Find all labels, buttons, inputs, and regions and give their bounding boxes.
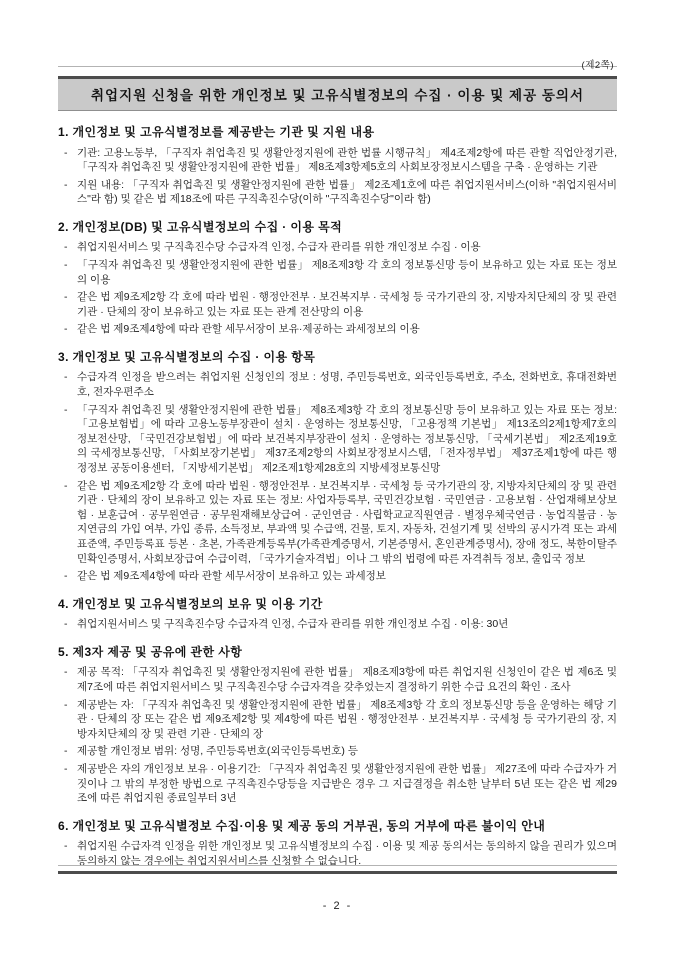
bullet-text: 기관: 고용노동부, 「구직자 취업촉진 및 생활안정지원에 관한 법률 시행규… [77,147,617,174]
bullet-item: -같은 법 제9조제2항 각 호에 따라 법원 · 행정안전부 · 보건복지부 … [58,479,617,567]
bullet-item: -같은 법 제9조제2항 각 호에 따라 법원 · 행정안전부 · 보건복지부 … [58,290,617,319]
bullet-item: -취업지원 수급자격 인정을 위한 개인정보 및 고유식별정보의 수집 · 이용… [58,839,617,865]
bullet-dash: - [64,146,68,161]
page-footer: - 2 - [58,900,617,912]
bullet-text: 지원 내용: 「구직자 취업촉진 및 생활안정지원에 관한 법률」 제2조제1호… [77,179,617,206]
bullet-dash: - [64,240,68,255]
bullet-dash: - [64,569,68,584]
section-1-heading: 1. 개인정보 및 고유식별정보를 제공받는 기관 및 지원 내용 [58,125,617,141]
section-2-purpose: 2. 개인정보(DB) 및 고유식별정보의 수집 · 이용 목적 -취업지원서비… [58,220,617,337]
page-number-marker: (제2쪽) [582,57,614,71]
section-5-heading: 5. 제3자 제공 및 공유에 관한 사항 [58,645,617,661]
bullet-text: 「구직자 취업촉진 및 생활안정지원에 관한 법률」 제8조제3항 각 호의 정… [77,259,617,286]
section-6-heading: 6. 개인정보 및 고유식별정보 수집·이용 및 제공 동의 거부권, 동의 거… [58,819,617,835]
section-3-heading: 3. 개인정보 및 고유식별정보의 수집 · 이용 항목 [58,350,617,366]
bullet-item: -제공 목적: 「구직자 취업촉진 및 생활안정지원에 관한 법률」 제8조제3… [58,665,617,694]
bullet-dash: - [64,839,68,854]
bullet-text: 수급자격 인정을 받으려는 취업지원 신청인의 정보 : 성명, 주민등록번호,… [77,371,617,398]
bullet-dash: - [64,258,68,273]
bottom-rules [58,865,617,874]
bullet-item: -같은 법 제9조제4항에 따라 관할 세무서장이 보유·제공하는 과세정보의 … [58,322,617,337]
bullet-dash: - [64,665,68,680]
bullet-text: 취업지원서비스 및 구직촉진수당 수급자격 인정, 수급자 관리를 위한 개인정… [77,618,508,630]
bullet-item: -같은 법 제9조제4항에 따라 관할 세무서장이 보유하고 있는 과세정보 [58,569,617,584]
bullet-text: 같은 법 제9조제4항에 따라 관할 세무서장이 보유·제공하는 과세정보의 이… [77,323,420,335]
bullet-item: -「구직자 취업촉진 및 생활안정지원에 관한 법률」 제8조제3항 각 호의 … [58,258,617,287]
bottom-thin-rule [58,865,617,866]
bullet-text: 같은 법 제9조제4항에 따라 관할 세무서장이 보유하고 있는 과세정보 [77,570,386,582]
section-6-right-to-refuse: 6. 개인정보 및 고유식별정보 수집·이용 및 제공 동의 거부권, 동의 거… [58,819,617,865]
section-2-heading: 2. 개인정보(DB) 및 고유식별정보의 수집 · 이용 목적 [58,220,617,236]
bullet-item: -기관: 고용노동부, 「구직자 취업촉진 및 생활안정지원에 관한 법률 시행… [58,146,617,175]
bullet-dash: - [64,370,68,385]
bullet-text: 「구직자 취업촉진 및 생활안정지원에 관한 법률」 제8조제3항 각 호의 정… [77,404,617,474]
document-title-bar: 취업지원 신청을 위한 개인정보 및 고유식별정보의 수집 · 이용 및 제공 … [58,76,617,111]
bullet-text: 제공받은 자의 개인정보 보유 · 이용기간: 「구직자 취업촉진 및 생활안정… [77,763,617,804]
bullet-item: -제공받는 자: 「구직자 취업촉진 및 생활안정지원에 관한 법률」 제8조제… [58,698,617,742]
bullet-item: -제공받은 자의 개인정보 보유 · 이용기간: 「구직자 취업촉진 및 생활안… [58,762,617,806]
section-5-third-party: 5. 제3자 제공 및 공유에 관한 사항 -제공 목적: 「구직자 취업촉진 … [58,645,617,806]
section-1-recipient-orgs: 1. 개인정보 및 고유식별정보를 제공받는 기관 및 지원 내용 -기관: 고… [58,125,617,207]
bullet-dash: - [64,403,68,418]
bullet-dash: - [64,762,68,777]
document-page: (제2쪽) 취업지원 신청을 위한 개인정보 및 고유식별정보의 수집 · 이용… [0,0,680,962]
bullet-dash: - [64,479,68,494]
bullet-dash: - [64,290,68,305]
bullet-text: 같은 법 제9조제2항 각 호에 따라 법원 · 행정안전부 · 보건복지부 ·… [77,480,617,565]
bullet-text: 제공받는 자: 「구직자 취업촉진 및 생활안정지원에 관한 법률」 제8조제3… [77,699,617,740]
bullet-item: -지원 내용: 「구직자 취업촉진 및 생활안정지원에 관한 법률」 제2조제1… [58,178,617,207]
bullet-text: 같은 법 제9조제2항 각 호에 따라 법원 · 행정안전부 · 보건복지부 ·… [77,291,617,318]
document-title: 취업지원 신청을 위한 개인정보 및 고유식별정보의 수집 · 이용 및 제공 … [91,88,584,103]
bullet-item: -「구직자 취업촉진 및 생활안정지원에 관한 법률」 제8조제3항 각 호의 … [58,403,617,476]
bullet-item: -취업지원서비스 및 구직촉진수당 수급자격 인정, 수급자 관리를 위한 개인… [58,617,617,632]
section-3-items: 3. 개인정보 및 고유식별정보의 수집 · 이용 항목 -수급자격 인정을 받… [58,350,617,584]
bullet-text: 취업지원 수급자격 인정을 위한 개인정보 및 고유식별정보의 수집 · 이용 … [77,840,617,865]
bullet-text: 취업지원서비스 및 구직촉진수당 수급자격 인정, 수급자 관리를 위한 개인정… [77,241,481,253]
bullet-dash: - [64,322,68,337]
bullet-dash: - [64,698,68,713]
bullet-dash: - [64,178,68,193]
bullet-text: 제공할 개인정보 범위: 성명, 주민등록번호(외국인등록번호) 등 [77,745,358,757]
bullet-item: -제공할 개인정보 범위: 성명, 주민등록번호(외국인등록번호) 등 [58,744,617,759]
section-4-retention-period: 4. 개인정보 및 고유식별정보의 보유 및 이용 기간 -취업지원서비스 및 … [58,597,617,632]
section-4-heading: 4. 개인정보 및 고유식별정보의 보유 및 이용 기간 [58,597,617,613]
bullet-dash: - [64,744,68,759]
document-body: 1. 개인정보 및 고유식별정보를 제공받는 기관 및 지원 내용 -기관: 고… [58,111,617,865]
bottom-dark-rule [58,871,617,874]
top-thin-rule [58,66,617,67]
bullet-text: 제공 목적: 「구직자 취업촉진 및 생활안정지원에 관한 법률」 제8조제3항… [77,666,617,693]
bullet-dash: - [64,617,68,632]
bullet-item: -수급자격 인정을 받으려는 취업지원 신청인의 정보 : 성명, 주민등록번호… [58,370,617,399]
bullet-item: -취업지원서비스 및 구직촉진수당 수급자격 인정, 수급자 관리를 위한 개인… [58,240,617,255]
